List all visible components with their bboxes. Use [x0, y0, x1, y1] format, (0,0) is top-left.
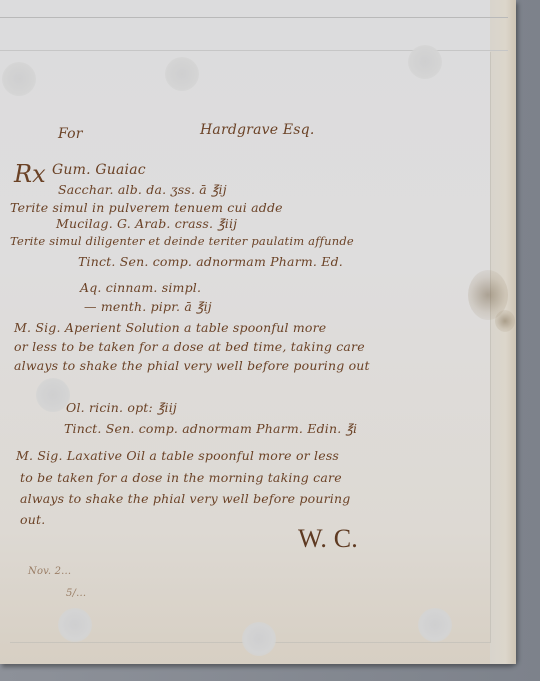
footer-note: Nov. 2...: [28, 566, 71, 577]
rx1-line: Aq. cinnam. simpl.: [80, 280, 201, 295]
rx1-line: Terite simul diligenter et deinde terite…: [10, 234, 354, 248]
rx1-line: Tinct. Sen. comp. adnormam Pharm. Ed.: [78, 254, 343, 269]
rx2-directions: M. Sig. Laxative Oil a table spoonful mo…: [16, 448, 339, 463]
rx1-directions: or less to be taken for a dose at bed ti…: [14, 339, 365, 354]
patient-name: Hardgrave Esq.: [200, 122, 314, 138]
page-edge: [490, 0, 516, 664]
rx1-line: — menth. pipr. ā ℥ij: [84, 299, 212, 314]
rx2-line: Tinct. Sen. comp. adnormam Pharm. Edin. …: [64, 421, 357, 436]
rx1-line: Sacchar. alb. da. ʒss. ā ℥ij: [58, 182, 227, 197]
pin-mark: [242, 622, 276, 656]
fold-line: [0, 17, 508, 18]
for-label: For: [58, 126, 83, 142]
rx1-line: Terite simul in pulverem tenuem cui adde: [10, 200, 283, 215]
rx2-line: Ol. ricin. opt: ℥iij: [66, 400, 177, 415]
rx2-directions: out.: [20, 512, 45, 527]
rx1-directions: always to shake the phial very well befo…: [14, 358, 370, 373]
pin-mark: [418, 608, 452, 642]
pin-mark: [2, 62, 36, 96]
pin-mark: [165, 57, 199, 91]
pin-mark: [408, 45, 442, 79]
footer-note: 5/...: [66, 588, 86, 599]
rx1-line: Gum. Guaiac: [52, 162, 146, 178]
pin-mark: [58, 608, 92, 642]
rx-symbol: Rx: [14, 160, 46, 188]
manuscript-page: For Hardgrave Esq. Rx Gum. Guaiac Saccha…: [0, 0, 516, 664]
signature: W. C.: [298, 524, 358, 554]
rx1-directions: M. Sig. Aperient Solution a table spoonf…: [14, 320, 326, 335]
rx2-directions: always to shake the phial very well befo…: [20, 491, 350, 506]
rx1-line: Mucilag. G. Arab. crass. ℥iij: [56, 216, 237, 231]
pin-mark: [36, 378, 70, 412]
rx2-directions: to be taken for a dose in the morning ta…: [20, 470, 342, 485]
ink-stain: [495, 310, 515, 332]
